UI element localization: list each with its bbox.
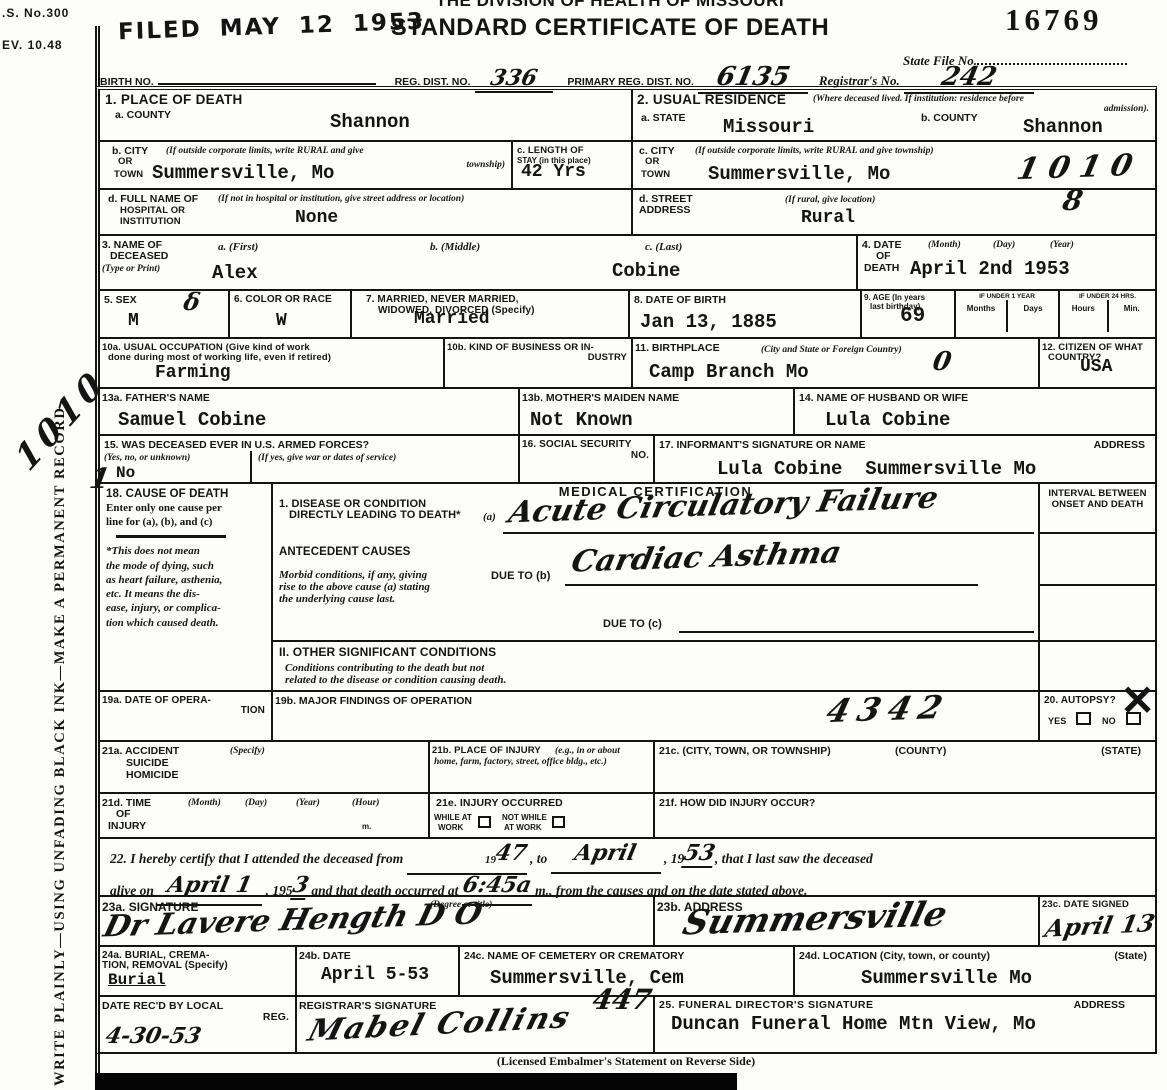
- certify-text-1: 22. I hereby certify that I attended the…: [110, 851, 403, 866]
- days-label: Days: [1008, 300, 1058, 332]
- injury-time-label-2: OF: [116, 808, 131, 821]
- interval-line-2: [1040, 584, 1155, 586]
- disease-a-label: (a): [483, 510, 496, 524]
- field-place-of-injury: 21b. PLACE OF INJURY (e.g., in or about …: [430, 742, 655, 792]
- field-if-under-24-hrs: IF UNDER 24 HRS. Hours Min.: [1060, 291, 1155, 337]
- division-title: THE DIVISION OF HEALTH OF MISSOURI: [330, 0, 890, 11]
- certify-alive-year: 3: [290, 872, 311, 900]
- injury-place-note-2: home, farm, factory, street, office bldg…: [434, 757, 607, 769]
- certify-alive-date: April 1: [165, 872, 254, 898]
- birthplace-label: 11. BIRTHPLACE: [635, 342, 720, 355]
- injury-year-label: (Year): [296, 798, 320, 810]
- cause-note-5: as heart failure, asthenia,: [106, 573, 265, 587]
- field-marital-status: 7. MARRIED, NEVER MARRIED, WIDOWED, DIVO…: [352, 291, 630, 337]
- street-handwritten: 8: [1060, 184, 1085, 217]
- field-kind-of-business: 10b. KIND OF BUSINESS OR IN- DUSTRY: [445, 339, 633, 387]
- certify-to-year: 53: [681, 840, 718, 868]
- field-autopsy: 20. AUTOPSY? YES NO ✕: [1040, 692, 1155, 740]
- hospital-value: None: [295, 208, 338, 228]
- field-if-under-1-year: IF UNDER 1 YEAR Months Days: [956, 291, 1060, 337]
- funeral-director-label: 25. FUNERAL DIRECTOR'S SIGNATURE: [659, 999, 874, 1012]
- autopsy-x-mark: ✕: [1120, 680, 1155, 722]
- informant-label: 17. INFORMANT'S SIGNATURE OR NAME: [659, 439, 865, 452]
- injury-m-suffix: m.: [362, 822, 371, 831]
- disease-label-2: DIRECTLY LEADING TO DEATH*: [289, 509, 461, 522]
- autopsy-yes-label: YES: [1048, 716, 1066, 727]
- field-medical-certification: MEDICAL CERTIFICATION 1. DISEASE OR COND…: [273, 484, 1040, 690]
- months-label: Months: [956, 300, 1008, 332]
- field-armed-forces: 15. WAS DECEASED EVER IN U.S. ARMED FORC…: [100, 436, 520, 482]
- not-while-label-1: NOT WHILE: [502, 813, 547, 822]
- sex-stray-mark: δ: [181, 287, 202, 316]
- res-county-value: Shannon: [1023, 116, 1103, 138]
- stay-label-1: c. LENGTH OF: [517, 145, 584, 156]
- dob-value: Jan 13, 1885: [640, 311, 777, 333]
- injury-time-label-3: INJURY: [108, 820, 146, 833]
- burial-date-label: 24b. DATE: [299, 950, 351, 963]
- physician-address-handwritten: Summersville: [679, 894, 952, 943]
- first-name-value: Alex: [212, 262, 258, 284]
- cause-b-handwritten: Cardiac Asthma: [568, 535, 844, 579]
- dod-label-2: OF: [876, 250, 891, 263]
- morbid-note-3: the underlying cause last.: [279, 592, 395, 606]
- middle-name-label: b. (Middle): [430, 240, 480, 254]
- cause-note-4: the mode of dying, such: [106, 559, 265, 573]
- sex-label: 5. SEX: [104, 294, 137, 307]
- cemetery-value: Summersville, Cem: [490, 967, 684, 989]
- autopsy-yes-checkbox: [1076, 712, 1091, 725]
- injury-month-label: (Month): [188, 798, 221, 810]
- major-findings-label: 19b. MAJOR FINDINGS OF OPERATION: [275, 695, 472, 708]
- field-age: 9. AGE (In years last birthday) 69: [862, 291, 956, 337]
- field-mothers-maiden-name: 13b. MOTHER'S MAIDEN NAME Not Known: [520, 389, 795, 434]
- interval-label-1: INTERVAL BETWEEN: [1044, 486, 1151, 499]
- burial-value: Burial: [108, 971, 166, 989]
- cause-title: 18. CAUSE OF DEATH: [106, 488, 265, 502]
- form-number: .S. No.300: [2, 6, 69, 20]
- hospital-label-1: d. FULL NAME OF: [108, 193, 198, 206]
- certify-from-year: 47: [493, 840, 529, 866]
- field-how-injury-occurred: 21f. HOW DID INJURY OCCUR?: [655, 794, 1155, 837]
- cause-b-line: [565, 584, 978, 586]
- not-while-at-work-checkbox: [552, 816, 565, 828]
- date-received-label-1: DATE REC'D BY LOCAL: [102, 1000, 223, 1013]
- birthplace-value: Camp Branch Mo: [649, 361, 809, 383]
- informant-value: Lula Cobine Summersville Mo: [717, 458, 1036, 480]
- certificate-title: STANDARD CERTIFICATE OF DEATH: [330, 14, 890, 42]
- field-informant: 17. INFORMANT'S SIGNATURE OR NAME ADDRES…: [655, 436, 1155, 482]
- field-time-of-injury: 21d. TIME (Month) (Day) (Year) (Hour) OF…: [100, 794, 430, 837]
- certify-text-2: , that I last saw the deceased: [715, 851, 873, 866]
- field-injury-occurred: 21e. INJURY OCCURRED WHILE AT WORK NOT W…: [430, 794, 655, 837]
- injury-county-label: (COUNTY): [895, 745, 946, 758]
- date-signed-label: 23c. DATE SIGNED: [1042, 899, 1129, 910]
- cause-note-1: Enter only one cause per: [106, 502, 265, 516]
- cause-note-rule: [116, 535, 226, 538]
- state-value: Missouri: [723, 116, 814, 138]
- injury-state-label: (STATE): [1101, 745, 1141, 758]
- interval-line-3: [1040, 640, 1155, 642]
- field-citizen-of: 12. CITIZEN OF WHAT COUNTRY? USA: [1040, 339, 1155, 387]
- residence-title: 2. USUAL RESIDENCE: [637, 92, 786, 107]
- res-city-handwritten: 1010: [1014, 148, 1146, 187]
- accident-label-2: SUICIDE: [126, 757, 169, 770]
- field-funeral-director: 25. FUNERAL DIRECTOR'S SIGNATURE ADDRESS…: [655, 997, 1155, 1052]
- field-place-of-death: 1. PLACE OF DEATH a. COUNTY Shannon b. C…: [100, 90, 633, 234]
- injury-city-label: 21c. (CITY, TOWN, OR TOWNSHIP): [659, 745, 831, 758]
- race-label: 6. COLOR OR RACE: [234, 294, 332, 306]
- scan-black-bar: [95, 1073, 737, 1090]
- certify-text-4: and that death occurred at: [311, 883, 458, 898]
- antecedent-label: ANTECEDENT CAUSES: [279, 546, 410, 560]
- form-revision: EV. 10.48: [2, 38, 63, 52]
- field-color-or-race: 6. COLOR OR RACE W: [230, 291, 352, 337]
- state-label: a. STATE: [641, 112, 686, 125]
- father-label: 13a. FATHER'S NAME: [102, 392, 210, 405]
- mother-value: Not Known: [530, 409, 633, 431]
- city-or: OR: [118, 156, 132, 167]
- field-date-of-death: 4. DATE (Month) (Day) (Year) OF DEATH Ap…: [858, 236, 1155, 289]
- accident-label-3: HOMICIDE: [126, 769, 179, 782]
- father-value: Samuel Cobine: [118, 409, 266, 431]
- length-of-stay-block: c. LENGTH OF STAY (in this place) 42 Yrs: [513, 142, 631, 188]
- last-name-label: c. (Last): [645, 240, 682, 254]
- marital-value: Married: [414, 309, 490, 329]
- age-value: 69: [900, 305, 925, 328]
- city-note-2: township): [466, 160, 505, 172]
- field-physician-address: 23b. ADDRESS Summersville: [655, 897, 1040, 945]
- res-county-label: b. COUNTY: [921, 112, 978, 125]
- city-or-town-block: b. CITY (If outside corporate limits, wr…: [100, 142, 513, 188]
- cause-a-line: [503, 532, 1034, 534]
- field-date-received: DATE REC'D BY LOCAL REG. 4-30-53: [100, 997, 297, 1052]
- place-of-death-title: 1. PLACE OF DEATH: [105, 92, 626, 107]
- field-usual-occupation: 10a. USUAL OCCUPATION (Give kind of work…: [100, 339, 445, 387]
- city-town: TOWN: [114, 169, 143, 180]
- county-label: a. COUNTY: [115, 109, 171, 122]
- spouse-label: 14. NAME OF HUSBAND OR WIFE: [799, 392, 968, 405]
- cemetery-location-label: 24d. LOCATION (City, town, or county): [799, 950, 990, 963]
- operation-date-label-2: TION: [241, 705, 265, 717]
- street-label-2: ADDRESS: [639, 204, 690, 217]
- injury-hour-label: (Hour): [352, 798, 379, 810]
- street-value: Rural: [801, 208, 855, 228]
- dod-value: April 2nd 1953: [910, 258, 1070, 280]
- business-label-1: 10b. KIND OF BUSINESS OR IN-: [447, 342, 594, 353]
- death-certificate-scan: .S. No.300 EV. 10.48 1010 1 WRITE PLAINL…: [0, 0, 1167, 1090]
- age-label-1: 9. AGE (In years: [864, 293, 925, 302]
- field-registrar-signature: REGISTRAR'S SIGNATURE Mabel Collins 447: [297, 997, 655, 1052]
- burial-date-value: April 5-53: [321, 965, 429, 985]
- injury-day-label: (Day): [245, 798, 267, 810]
- min-label: Min.: [1109, 300, 1156, 332]
- residence-note-1: (Where deceased lived. If institution: r…: [813, 94, 1024, 106]
- field-cemetery-location: 24d. LOCATION (City, town, or county) (S…: [795, 947, 1155, 995]
- armed-forces-label: 15. WAS DECEASED EVER IN U.S. ARMED FORC…: [100, 436, 518, 452]
- field-major-findings: 19b. MAJOR FINDINGS OF OPERATION 4342: [273, 692, 1040, 740]
- hospital-label-2: HOSPITAL OR: [120, 205, 185, 216]
- other-conditions-label: II. OTHER SIGNIFICANT CONDITIONS: [279, 645, 496, 659]
- field-name-of-deceased: 3. NAME OF DECEASED (Type or Print) a. (…: [100, 236, 858, 289]
- citizen-value: USA: [1080, 357, 1112, 377]
- while-at-work-checkbox: [478, 816, 491, 828]
- field-birthplace: 11. BIRTHPLACE (City and State or Foreig…: [633, 339, 1040, 387]
- dod-day-label: (Day): [993, 240, 1015, 252]
- occupation-label-2: done during most of working life, even i…: [108, 352, 331, 363]
- res-city-or: OR: [645, 156, 659, 167]
- date-received-handwritten: 4-30-53: [103, 1023, 203, 1049]
- ssn-label-1: 16. SOCIAL SECURITY: [522, 439, 632, 451]
- name-label-2: DECEASED: [110, 250, 168, 263]
- operation-date-label-1: 19a. DATE OF OPERA-: [102, 695, 211, 707]
- other-conditions-note-2: related to the disease or condition caus…: [285, 673, 506, 687]
- date-received-label-2: REG.: [263, 1011, 289, 1024]
- cause-note-6: etc. It means the dis-: [106, 587, 265, 601]
- county-value: Shannon: [330, 111, 410, 133]
- field-husband-or-wife: 14. NAME OF HUSBAND OR WIFE Lula Cobine: [795, 389, 1155, 434]
- other-conditions-divider: [273, 640, 1038, 642]
- due-to-b-label: DUE TO (b): [491, 570, 550, 583]
- dod-year-label: (Year): [1050, 240, 1074, 252]
- stay-value: 42 Yrs: [521, 162, 586, 182]
- ssn-label-2: NO.: [631, 450, 649, 462]
- field-date-of-birth: 8. DATE OF BIRTH Jan 13, 1885: [630, 291, 862, 337]
- injury-occurred-label: 21e. INJURY OCCURRED: [436, 797, 563, 810]
- last-name-value: Cobine: [612, 260, 680, 282]
- accident-label-1: 21a. ACCIDENT: [102, 745, 179, 758]
- armed-forces-note-2: (If yes, give war or dates of service): [258, 453, 396, 465]
- cemetery-label: 24c. NAME OF CEMETERY OR CREMATORY: [464, 950, 684, 963]
- field-date-of-operation: 19a. DATE OF OPERA- TION: [100, 692, 273, 740]
- field-physician-signature: 23a. SIGNATURE (Degree or title) Dr Lave…: [100, 897, 655, 945]
- certify-time-of-death: 6:45a: [460, 872, 534, 898]
- interval-line-1: [1040, 532, 1155, 534]
- cause-note-2: line for (a), (b), and (c): [106, 516, 265, 530]
- state-file-number: 16769: [1005, 2, 1103, 38]
- sex-value: M: [128, 311, 139, 331]
- cause-note-8: tion which caused death.: [106, 616, 265, 630]
- res-city-town: TOWN: [641, 169, 670, 180]
- birth-no-line: [158, 72, 376, 85]
- footer-note-wrap: (Licensed Embalmer's Statement on Revers…: [95, 1052, 1157, 1070]
- funeral-address-label: ADDRESS: [1074, 999, 1125, 1012]
- field-certify-statement: 22. I hereby certify that I attended the…: [100, 839, 1155, 897]
- field-date-signed: 23c. DATE SIGNED April 13: [1040, 897, 1155, 945]
- cause-note-3: *This does not mean: [106, 544, 265, 558]
- dod-month-label: (Month): [928, 240, 961, 252]
- business-label-2: DUSTRY: [588, 352, 627, 363]
- dod-label-3: DEATH: [864, 262, 899, 275]
- while-at-label-1: WHILE AT: [434, 813, 472, 822]
- cause-c-line: [679, 631, 1034, 633]
- registrar-number-handwritten: 447: [590, 983, 654, 1016]
- certify-pre195: , 195: [266, 883, 293, 898]
- street-note: (If rural, give location): [785, 195, 875, 207]
- field-burial-type: 24a. BURIAL, CREMA- TION, REMOVAL (Speci…: [100, 947, 297, 995]
- field-cause-of-death-notes: 18. CAUSE OF DEATH Enter only one cause …: [100, 484, 273, 690]
- field-usual-residence: 2. USUAL RESIDENCE (Where deceased lived…: [633, 90, 1155, 234]
- name-label-3: (Type or Print): [102, 264, 160, 276]
- autopsy-no-label: NO: [1102, 716, 1116, 727]
- certify-text-3: alive on: [110, 883, 154, 898]
- res-city-value: Summersville, Mo: [708, 163, 890, 185]
- field-injury-city-county-state: 21c. (CITY, TOWN, OR TOWNSHIP) (COUNTY) …: [655, 742, 1155, 792]
- certify-to-text: , to: [530, 851, 547, 866]
- field-interval-onset-death: INTERVAL BETWEEN ONSET AND DEATH: [1040, 484, 1155, 690]
- birthplace-stray-mark: 0: [930, 347, 953, 377]
- occupation-value: Farming: [155, 363, 231, 383]
- due-to-c-label: DUE TO (c): [603, 618, 662, 631]
- armed-forces-value: No: [116, 464, 135, 482]
- certify-to-month: April: [572, 840, 638, 866]
- cemetery-location-value: Summersville Mo: [861, 967, 1032, 989]
- under-1-year-label: IF UNDER 1 YEAR: [956, 291, 1058, 300]
- field-fathers-name: 13a. FATHER'S NAME Samuel Cobine: [100, 389, 520, 434]
- interval-label-2: ONSET AND DEATH: [1044, 499, 1151, 510]
- spouse-value: Lula Cobine: [825, 409, 950, 431]
- major-findings-handwritten: 4342: [823, 688, 955, 730]
- date-signed-handwritten: April 13: [1043, 908, 1158, 943]
- birthplace-note: (City and State or Foreign Country): [761, 345, 902, 357]
- mother-label: 13b. MOTHER'S MAIDEN NAME: [522, 392, 679, 405]
- field-accident-suicide-homicide: 21a. ACCIDENT (Specify) SUICIDE HOMICIDE: [100, 742, 430, 792]
- embalmer-note: (Licensed Embalmer's Statement on Revers…: [497, 1054, 755, 1068]
- race-value: W: [276, 311, 287, 331]
- while-at-label-2: WORK: [438, 823, 463, 832]
- injury-place-label: 21b. PLACE OF INJURY: [432, 745, 541, 756]
- field-sex: 5. SEX δ M: [100, 291, 230, 337]
- funeral-director-value: Duncan Funeral Home Mtn View, Mo: [671, 1013, 1036, 1035]
- informant-address-label: ADDRESS: [1094, 439, 1145, 452]
- res-city-note: (If outside corporate limits, write RURA…: [695, 146, 933, 158]
- cemetery-state-label: (State): [1114, 950, 1147, 963]
- residence-note-2: admission).: [1104, 104, 1149, 116]
- not-while-label-2: AT WORK: [504, 823, 542, 832]
- armed-forces-divider: [250, 451, 252, 482]
- under-24-hrs-label: IF UNDER 24 HRS.: [1060, 291, 1155, 300]
- certificate-form: 1. PLACE OF DEATH a. COUNTY Shannon b. C…: [95, 86, 1157, 1054]
- dob-label: 8. DATE OF BIRTH: [634, 294, 726, 307]
- hospital-note: (If not in hospital or institution, give…: [218, 194, 464, 206]
- autopsy-label: 20. AUTOPSY?: [1044, 695, 1116, 707]
- margin-instruction-text: WRITE PLAINLY—USING UNFADING BLACK INK—M…: [52, 298, 69, 1086]
- hospital-label-3: INSTITUTION: [120, 216, 181, 227]
- certify-text-5: m., from the causes and on the date stat…: [535, 883, 807, 898]
- field-burial-date: 24b. DATE April 5-53: [297, 947, 460, 995]
- first-name-label: a. (First): [218, 240, 258, 254]
- cause-note-7: ease, injury, or complica-: [106, 601, 265, 615]
- hours-label: Hours: [1060, 300, 1109, 332]
- accident-specify: (Specify): [230, 746, 265, 758]
- city-value: Summersville, Mo: [152, 162, 334, 184]
- how-injury-label: 21f. HOW DID INJURY OCCUR?: [659, 797, 815, 810]
- field-social-security: 16. SOCIAL SECURITY NO.: [520, 436, 655, 482]
- city-note: (If outside corporate limits, write RURA…: [166, 146, 364, 158]
